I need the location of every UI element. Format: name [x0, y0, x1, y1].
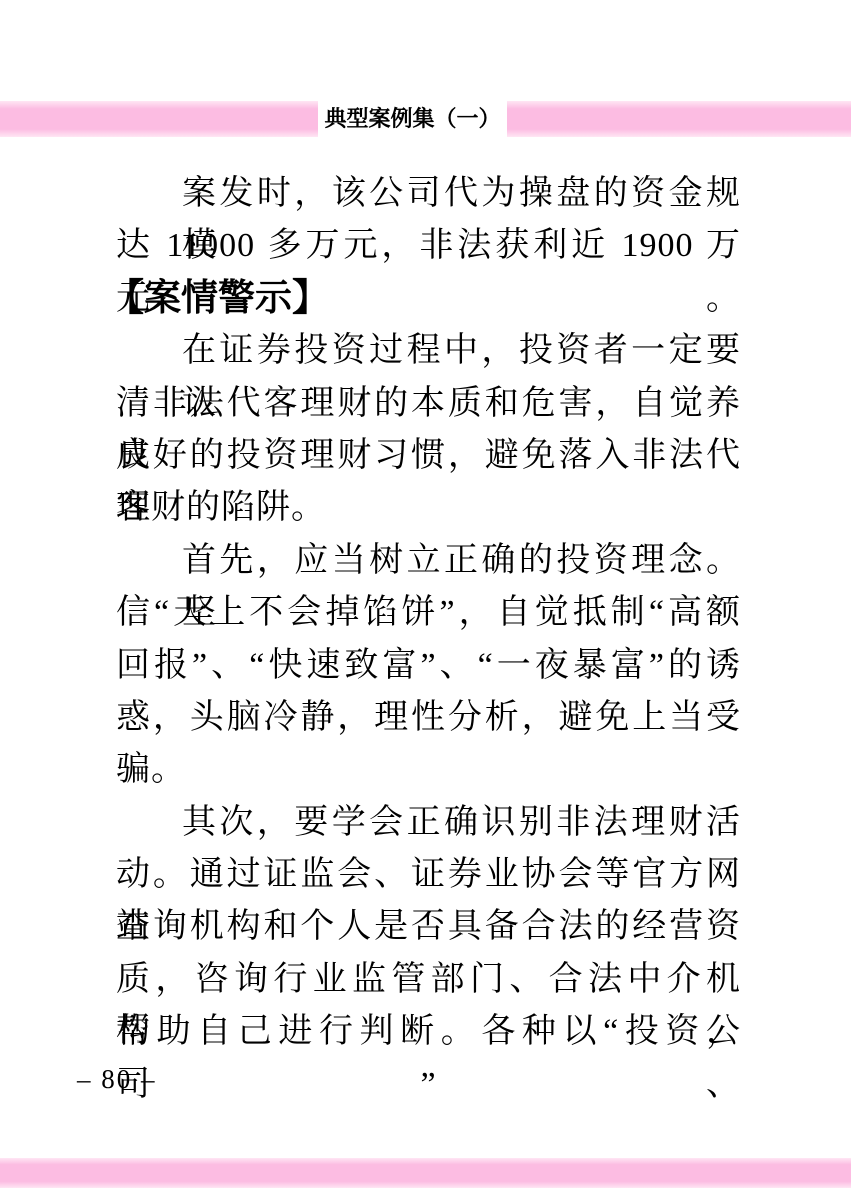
header-band-left: [0, 101, 318, 137]
body-text: 案发时，该公司代为操盘的资金规模 达 11000 多万元，非法获利近 1900 …: [116, 168, 741, 1059]
body-line: 良好的投资理财习惯，避免落入非法代客: [116, 430, 741, 482]
body-line: 回报”、“快速致富”、“一夜暴富”的诱: [116, 640, 741, 692]
body-line: 动。通过证监会、证券业协会等官方网站: [116, 849, 741, 901]
body-line: 案发时，该公司代为操盘的资金规模: [116, 168, 741, 220]
body-line: 清非法代客理财的本质和危害，自觉养成: [116, 378, 741, 430]
body-line: 质，咨询行业监管部门、合法中介机构，: [116, 954, 741, 1006]
body-line: 惑，头脑冷静，理性分析，避免上当受: [116, 692, 741, 744]
body-line: 骗。: [116, 744, 741, 796]
header-band-right: [507, 101, 851, 137]
footer-band: [0, 1158, 851, 1188]
page-number: – 80 –: [77, 1062, 157, 1096]
body-line: 其次，要学会正确识别非法理财活: [116, 797, 741, 849]
book-page: 典型案例集（一） 案发时，该公司代为操盘的资金规模 达 11000 多万元，非法…: [0, 0, 851, 1189]
body-line: 首先，应当树立正确的投资理念。坚: [116, 535, 741, 587]
body-line: 达 11000 多万元，非法获利近 1900 万元。: [116, 220, 741, 272]
body-line: 信“天上不会掉馅饼”，自觉抵制“高额: [116, 587, 741, 639]
body-line: 查询机构和个人是否具备合法的经营资: [116, 901, 741, 953]
body-line: 帮助自己进行判断。各种以“投资公司”、: [116, 1006, 741, 1058]
page-header-title: 典型案例集（一）: [318, 104, 507, 134]
body-line: 理财的陷阱。: [116, 482, 741, 534]
body-line: 在证券投资过程中，投资者一定要认: [116, 325, 741, 377]
